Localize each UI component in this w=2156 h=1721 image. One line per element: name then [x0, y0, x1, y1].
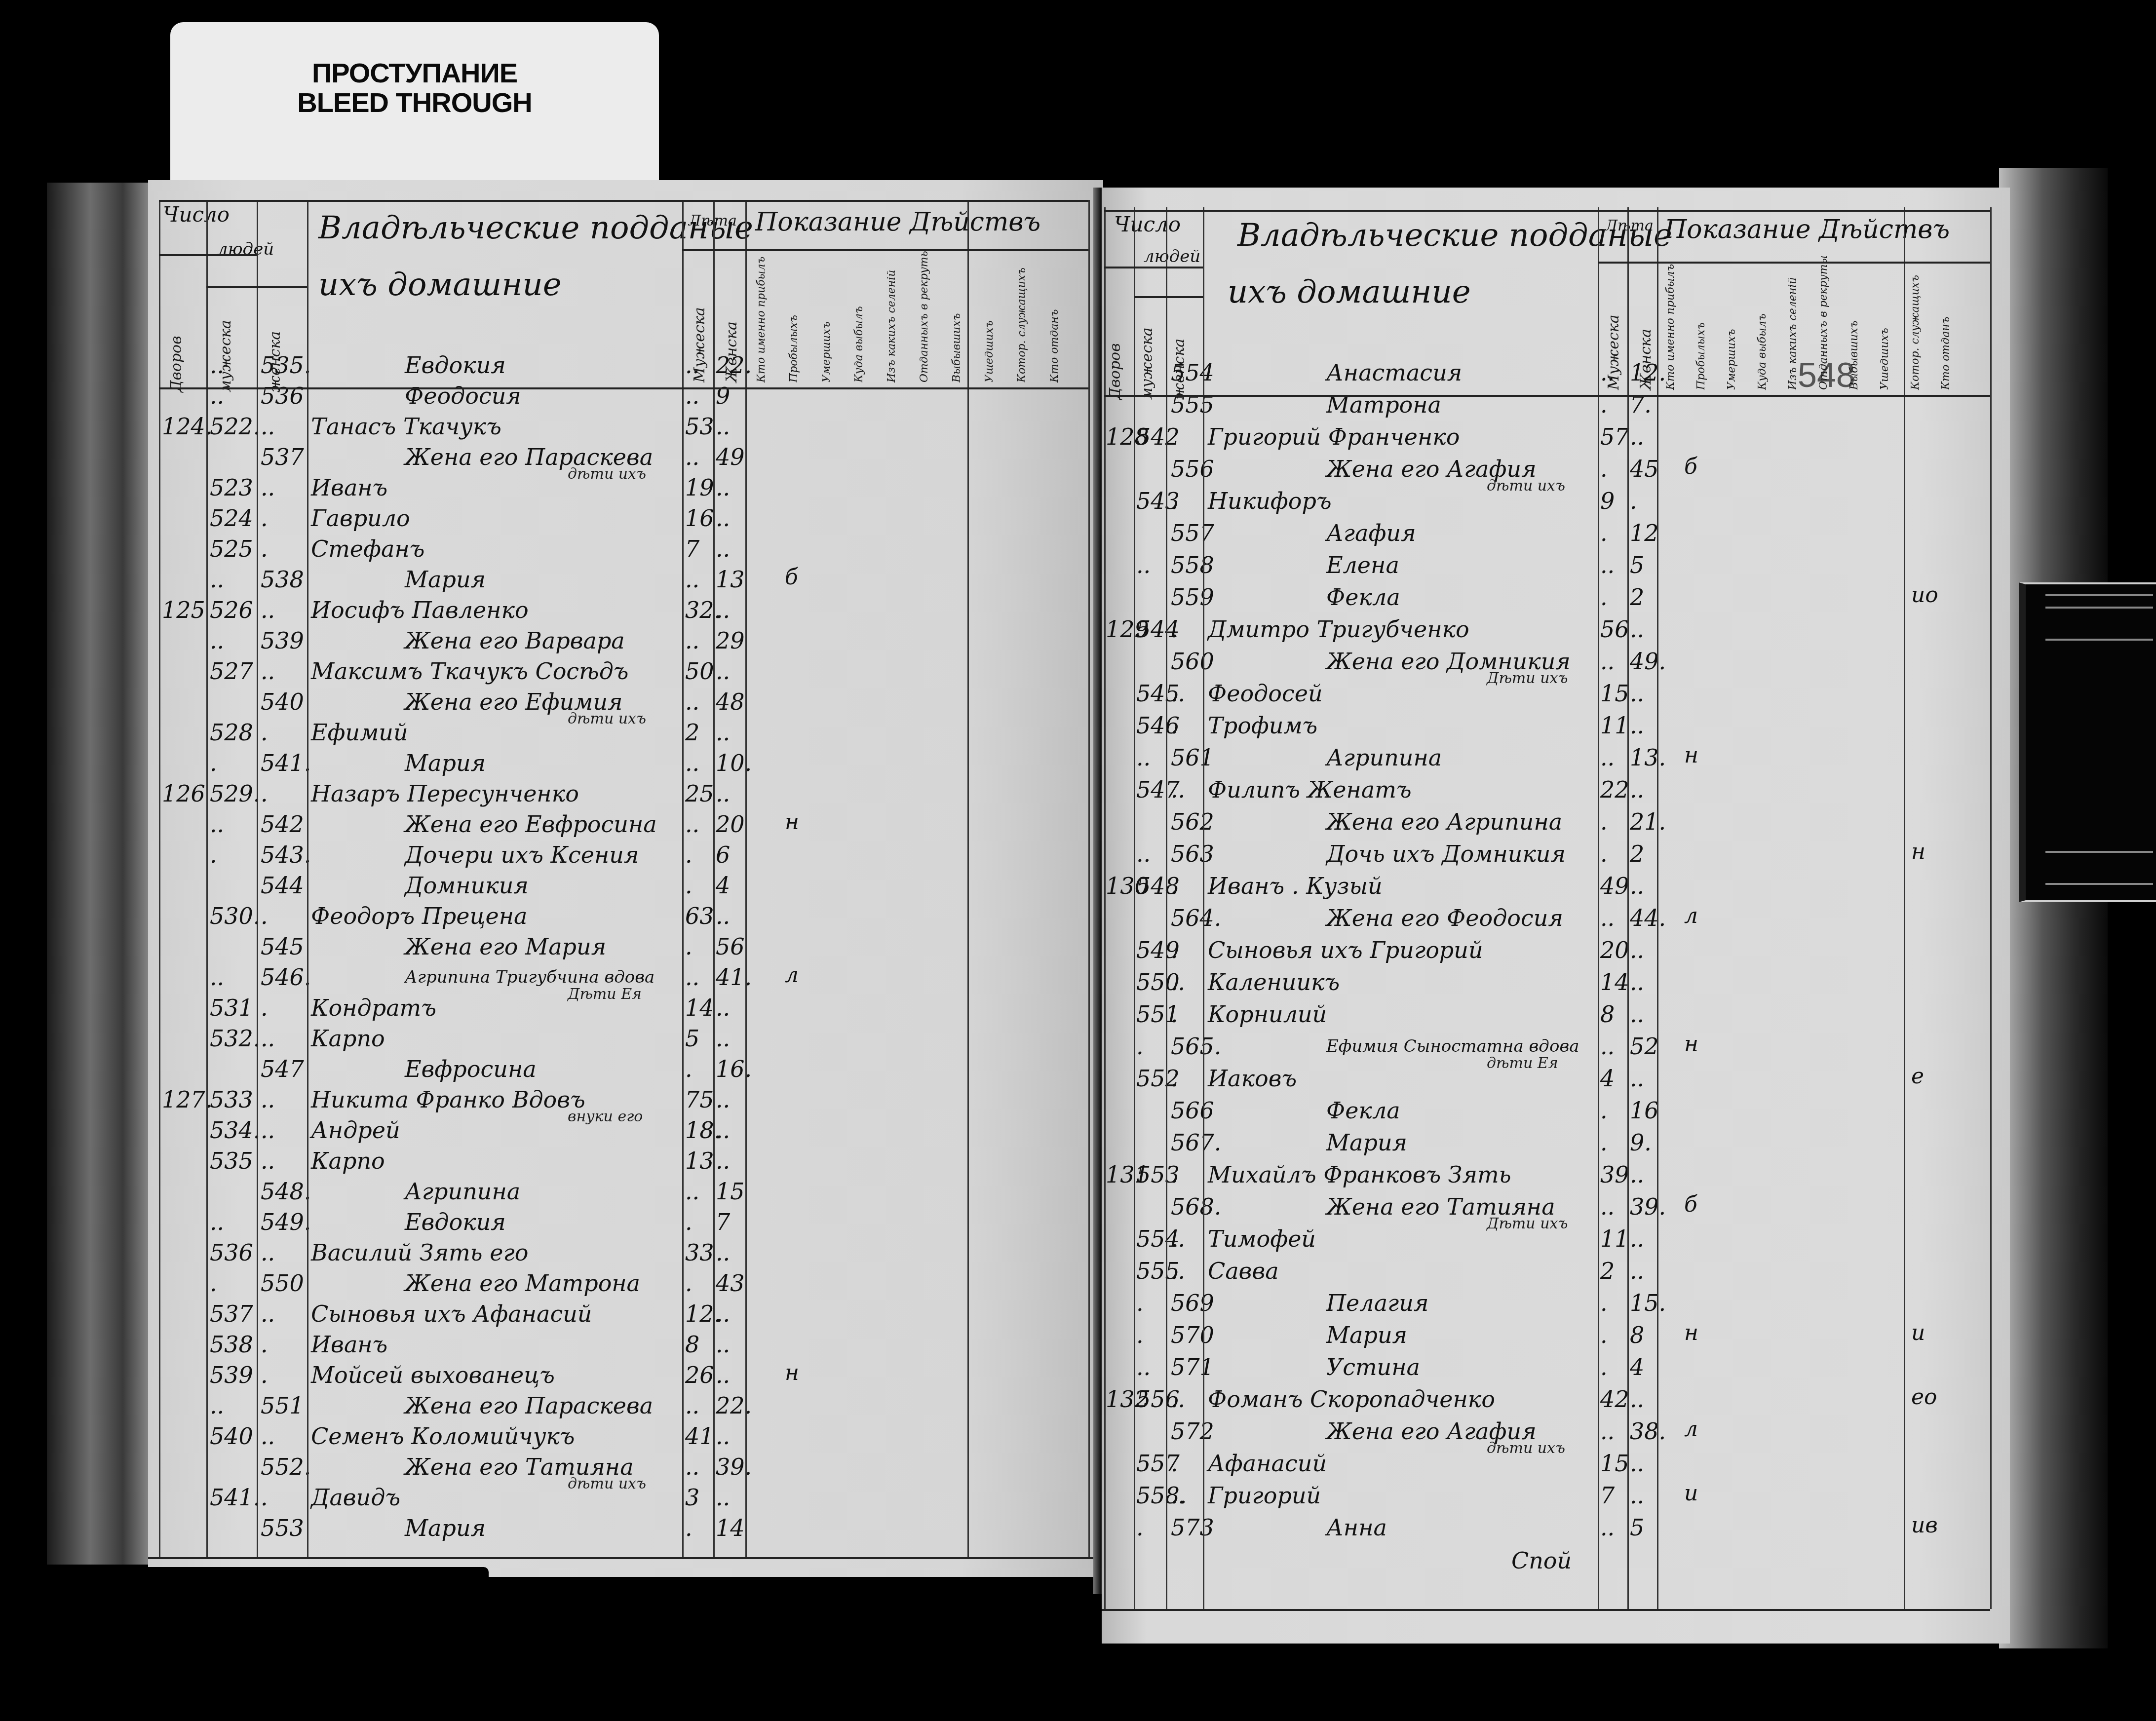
header-lyudey: людей: [1144, 247, 1200, 267]
film-clamp-tab: [2019, 582, 2156, 902]
header-let: Лѣта: [689, 212, 737, 229]
header-title-line2: ихъ домашние: [318, 267, 562, 303]
column-rule: [1134, 207, 1135, 1609]
margin-mark: л: [785, 962, 799, 988]
label-line-russian: ПРОСТУПАНИЕ: [170, 57, 659, 89]
margin-mark: н: [1684, 1032, 1698, 1057]
row-rule: [1104, 395, 1990, 397]
bleed-through-label-card: ПРОСТУПАНИЕ BLEED THROUGH: [170, 22, 659, 188]
header-chislo: Число: [163, 202, 230, 227]
left-page: Число людей Дворов мужеска женска Владѣл…: [148, 180, 1103, 1577]
column-rule: [307, 200, 308, 1557]
column-rule: [713, 200, 715, 1557]
margin-mark: и: [1911, 1320, 1925, 1345]
margin-mark: б: [785, 565, 798, 590]
margin-mark: н: [1911, 839, 1925, 864]
age-male: ..: [1600, 1505, 1615, 1550]
row-rule: [159, 254, 257, 256]
column-rule: [682, 200, 684, 1557]
header-pokazanie: Показание Дѣйствъ: [1664, 215, 1950, 244]
header-lyudey: людей: [217, 239, 274, 259]
header-chislo: Число: [1114, 212, 1181, 236]
register-row: .573Анна..5: [1102, 1505, 2010, 1550]
column-rule: [1166, 207, 1167, 1609]
column-rule: [257, 200, 258, 1557]
row-rule: [1598, 262, 1990, 264]
column-rule: [1904, 207, 1905, 1609]
column-rule: [159, 200, 160, 1557]
footer-word: Спой: [1511, 1547, 1572, 1574]
margin-mark: н: [1684, 743, 1698, 768]
header-title-line1: Владѣльческие подданые: [318, 210, 753, 246]
age-female: 14: [716, 1506, 745, 1550]
column-rule: [1088, 200, 1090, 1557]
row-rule: [1104, 267, 1203, 268]
margin-mark: н: [785, 1360, 799, 1385]
margin-mark: е: [1911, 1064, 1924, 1089]
column-rule: [745, 200, 747, 1557]
column-rule: [1627, 207, 1629, 1609]
margin-mark: ео: [1911, 1384, 1937, 1410]
age-male: .: [685, 1506, 693, 1550]
person-name: Анна: [1326, 1505, 1387, 1550]
column-rule: [1104, 207, 1106, 1609]
margin-mark: н: [1684, 1320, 1698, 1345]
film-clamp-bottom: [143, 1567, 489, 1721]
column-rule: [206, 200, 208, 1557]
book-edge-right: [1999, 168, 2108, 1648]
margin-mark: и: [1684, 1481, 1698, 1506]
margin-mark: ио: [1911, 582, 1938, 608]
row-rule: [1134, 296, 1203, 298]
column-rule: [967, 200, 969, 1557]
age-female: 5: [1630, 1505, 1644, 1550]
book-edge-left: [47, 183, 155, 1565]
margin-mark: н: [785, 809, 799, 835]
right-page: Число людей Дворов мужеска женска Владѣл…: [1102, 188, 2010, 1644]
column-rule: [1203, 207, 1204, 1609]
label-line-english: BLEED THROUGH: [170, 86, 659, 118]
register-row: 553Мария.14: [148, 1506, 1103, 1550]
row-rule: [148, 1557, 1103, 1559]
person-name: Мария: [405, 1506, 486, 1550]
margin-mark: ив: [1911, 1513, 1938, 1538]
column-rule: [1990, 207, 1992, 1609]
margin-mark: б: [1684, 1192, 1697, 1217]
header-let: Лѣта: [1605, 217, 1654, 234]
row-rule: [159, 387, 1088, 389]
column-rule: [1657, 207, 1658, 1609]
column-rule: [1598, 207, 1599, 1609]
header-pokazanie: Показание Дѣйствъ: [755, 207, 1040, 237]
female-soul-number: 553: [261, 1506, 304, 1550]
male-soul-number: .: [1136, 1505, 1144, 1550]
margin-mark: б: [1684, 454, 1697, 479]
row-rule: [682, 249, 1088, 251]
female-soul-number: 573: [1171, 1505, 1214, 1550]
margin-mark: л: [1684, 903, 1698, 928]
row-rule: [1104, 210, 1990, 212]
row-rule: [206, 286, 307, 288]
margin-mark: л: [1684, 1416, 1698, 1442]
row-rule: [1102, 1609, 1990, 1611]
row-rule: [159, 200, 1088, 202]
header-title-line2: ихъ домашние: [1228, 274, 1471, 310]
